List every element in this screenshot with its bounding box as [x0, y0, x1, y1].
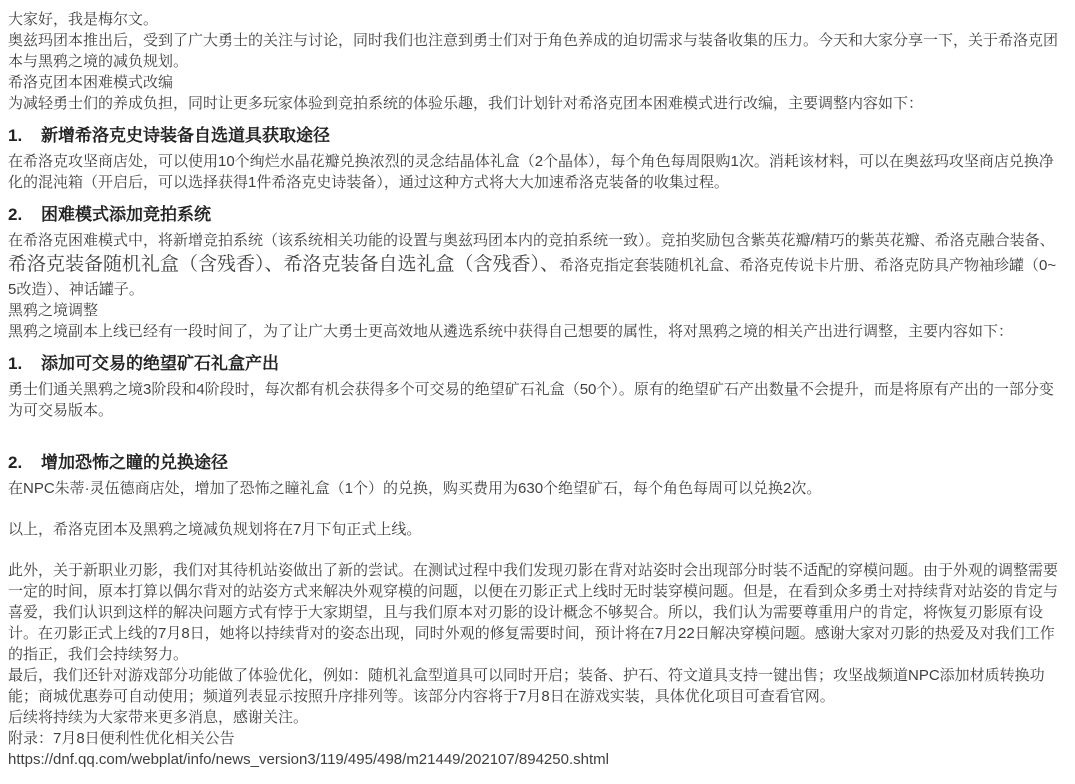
blackcrow-section-lead: 黑鸦之境副本上线已经有一段时间了，为了让广大勇士更高效地从遴选系统中获得自己想要…: [8, 321, 1063, 342]
paragraph-gap: [8, 499, 1063, 519]
heading-title: 新增希洛克史诗装备自选道具获取途径: [41, 126, 330, 145]
hiroku-auction-body: 在希洛克困难模式中，将新增竞拍系统（该系统相关功能的设置与奥兹玛团本内的竞拍系统…: [8, 230, 1063, 300]
heading-blackcrow-eye-exchange: 2.增加恐怖之瞳的兑换途径: [8, 452, 1063, 474]
greeting-text: 大家好，我是梅尔文。: [8, 9, 1063, 30]
intro-text: 奥兹玛团本推出后，受到了广大勇士的关注与讨论，同时我们也注意到勇士们对于角色养成…: [8, 30, 1063, 72]
heading-title: 添加可交易的绝望矿石礼盒产出: [41, 354, 279, 373]
list-number: 2.: [8, 452, 41, 474]
appendix-text: 附录：7月8日便利性优化相关公告: [8, 728, 1063, 749]
launch-note-text: 以上，希洛克团本及黑鸦之境减负规划将在7月下旬正式上线。: [8, 519, 1063, 540]
hiroku-section-title: 希洛克团本困难模式改编: [8, 72, 1063, 93]
paragraph-gap: [8, 540, 1063, 560]
heading-blackcrow-ore-box: 1.添加可交易的绝望矿石礼盒产出: [8, 353, 1063, 375]
auction-body-highlight: 希洛克装备随机礼盒（含残香）、希洛克装备自选礼盒（含残香）、: [8, 254, 559, 275]
announcement-document: 大家好，我是梅尔文。 奥兹玛团本推出后，受到了广大勇士的关注与讨论，同时我们也注…: [0, 0, 1075, 770]
paragraph-gap: [8, 421, 1063, 441]
blade-shadow-note-text: 此外，关于新职业刃影，我们对其待机站姿做出了新的尝试。在测试过程中我们发现刃影在…: [8, 560, 1063, 665]
blackcrow-section-title: 黑鸦之境调整: [8, 300, 1063, 321]
list-number: 2.: [8, 204, 41, 226]
closing-text: 后续将持续为大家带来更多消息，感谢关注。: [8, 707, 1063, 728]
heading-hiroku-auction: 2.困难模式添加竞拍系统: [8, 204, 1063, 226]
auction-body-start: 在希洛克困难模式中，将新增竞拍系统（该系统相关功能的设置与奥兹玛团本内的竞拍系统…: [8, 232, 1055, 249]
hiroku-section-lead: 为减轻勇士们的养成负担，同时让更多玩家体验到竞拍系统的体验乐趣，我们计划针对希洛…: [8, 93, 1063, 114]
blackcrow-eye-exchange-body: 在NPC朱蒂·灵伍德商店处，增加了恐怖之瞳礼盒（1个）的兑换，购买费用为630个…: [8, 478, 1063, 499]
hiroku-epic-route-body: 在希洛克攻坚商店处，可以使用10个绚烂水晶花瓣兑换浓烈的灵念结晶体礼盒（2个晶体…: [8, 151, 1063, 193]
list-number: 1.: [8, 125, 41, 147]
heading-title: 增加恐怖之瞳的兑换途径: [41, 453, 228, 472]
list-number: 1.: [8, 353, 41, 375]
heading-hiroku-epic-route: 1.新增希洛克史诗装备自选道具获取途径: [8, 125, 1063, 147]
heading-title: 困难模式添加竞拍系统: [41, 205, 211, 224]
blackcrow-ore-box-body: 勇士们通关黑鸦之境3阶段和4阶段时，每次都有机会获得多个可交易的绝望矿石礼盒（5…: [8, 379, 1063, 421]
source-url: https://dnf.qq.com/webplat/info/news_ver…: [8, 749, 1063, 770]
optimization-note-text: 最后，我们还针对游戏部分功能做了体验优化，例如：随机礼盒型道具可以同时开启；装备…: [8, 665, 1063, 707]
